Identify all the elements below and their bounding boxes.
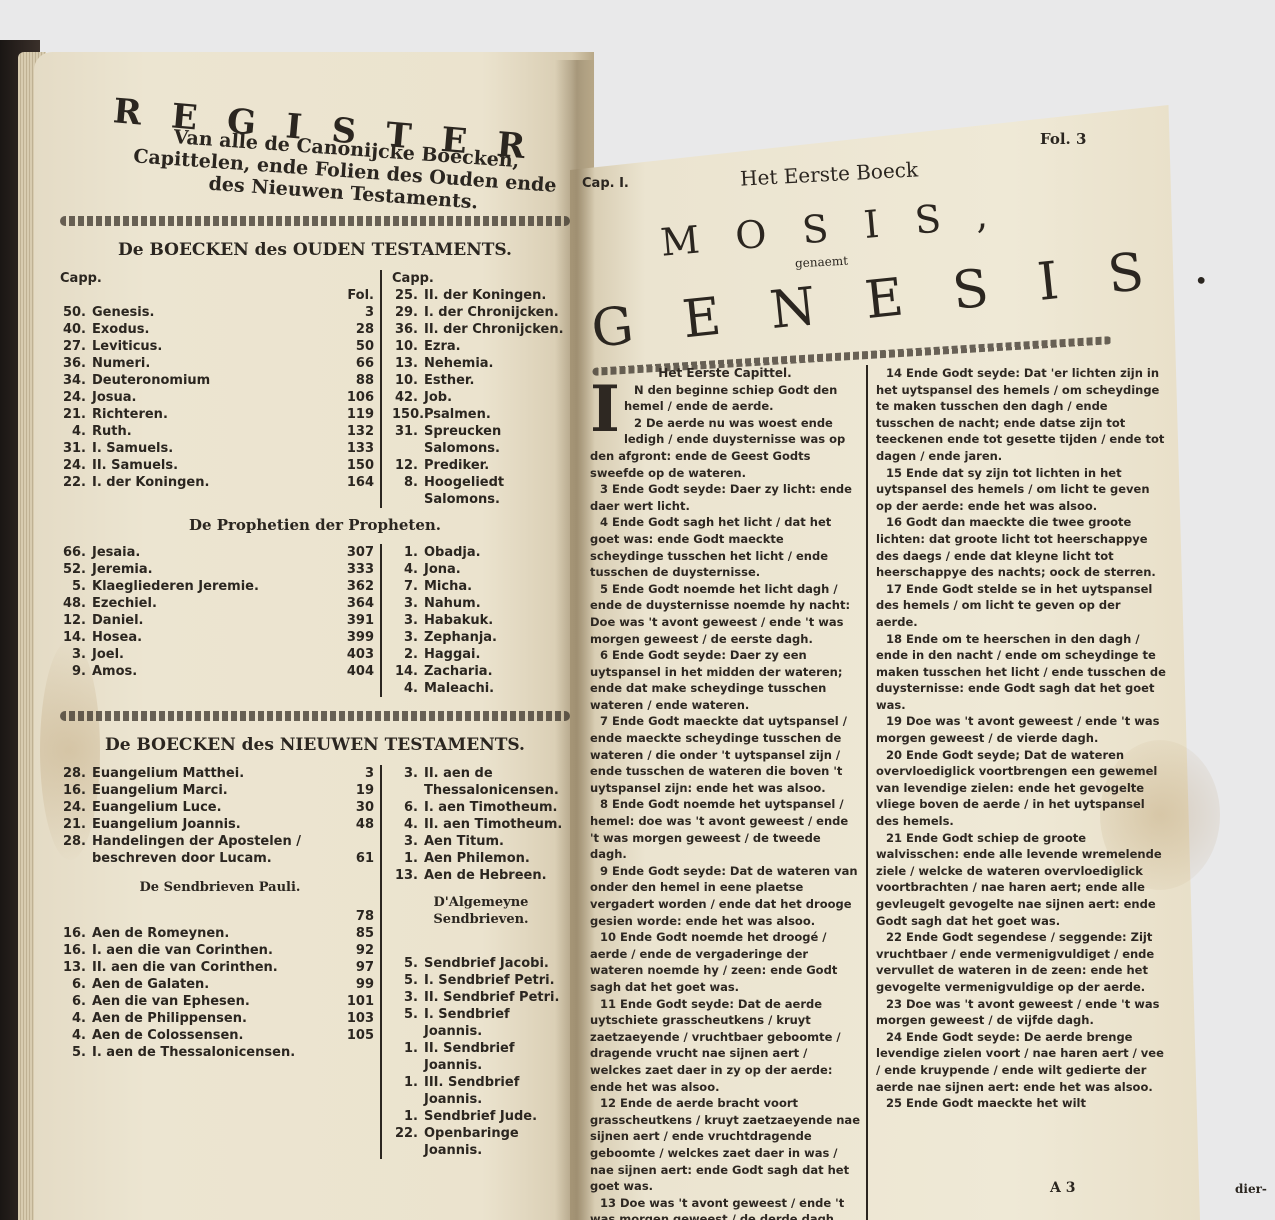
book-name: Aen Titum. bbox=[424, 833, 570, 850]
chapter-count: 12. bbox=[60, 612, 92, 629]
register-row: 25.II. der Koningen. bbox=[392, 287, 570, 304]
verse: 3 Ende Godt seyde: Daer zy licht: ende d… bbox=[590, 481, 860, 514]
verse: 22 Ende Godt segendese / seggende: Zijt … bbox=[876, 929, 1166, 995]
register-row: 40.Exodus.28 bbox=[60, 321, 380, 338]
chapter-count: 3. bbox=[392, 595, 424, 612]
book-name bbox=[92, 908, 340, 925]
general-epistles-heading: D'Algemeyne Sendbrieven. bbox=[392, 894, 570, 928]
ornamental-divider bbox=[60, 711, 570, 721]
book-name: Leviticus. bbox=[92, 338, 340, 355]
register-row: 78 bbox=[60, 908, 380, 925]
chapter-title: Het Eerste Capittel. bbox=[590, 365, 860, 382]
book-name: Maleachi. bbox=[424, 680, 570, 697]
chapter-count: 50. bbox=[60, 304, 92, 321]
register-row: 34.Deuteronomium88 bbox=[60, 372, 380, 389]
register-row: 13.Aen de Hebreen. bbox=[392, 867, 570, 884]
book-name: I. der Koningen. bbox=[92, 474, 340, 491]
register-row: 4.II. aen Timotheum. bbox=[392, 816, 570, 833]
book-name: Euangelium Joannis. bbox=[92, 816, 340, 833]
folio-number: 97 bbox=[340, 959, 380, 976]
chapter-count: 3. bbox=[392, 612, 424, 629]
folio-number: 88 bbox=[340, 372, 380, 389]
chapter-count: 13. bbox=[392, 867, 424, 884]
chapter-marker: Cap. I. bbox=[582, 176, 629, 191]
verse: N den beginne schiep Godt den hemel / en… bbox=[590, 382, 860, 415]
chapter-count: 24. bbox=[60, 389, 92, 406]
register-row: 1.Obadja. bbox=[392, 544, 570, 561]
folio-number: 3 bbox=[340, 304, 380, 321]
folio-number: 61 bbox=[340, 850, 380, 867]
register-row: 7.Micha. bbox=[392, 578, 570, 595]
register-row: 24.Josua.106 bbox=[60, 389, 380, 406]
register-row: 16.Aen de Romeynen.85 bbox=[60, 925, 380, 942]
chapter-count: 3. bbox=[392, 629, 424, 646]
register-row: 4.Aen de Colossensen.105 bbox=[60, 1027, 380, 1044]
register-row: 3.Aen Titum. bbox=[392, 833, 570, 850]
folio-number: 403 bbox=[340, 646, 380, 663]
drop-cap: I bbox=[590, 382, 620, 438]
book-name: II. Samuels. bbox=[92, 457, 340, 474]
chapter-count: 22. bbox=[392, 1125, 424, 1159]
chapter-count: 34. bbox=[60, 372, 92, 389]
book-name: Jeremia. bbox=[92, 561, 340, 578]
book-name: Aen de Colossensen. bbox=[92, 1027, 340, 1044]
verse: 6 Ende Godt seyde: Daer zy een uytspanse… bbox=[590, 647, 860, 713]
folio-number: 362 bbox=[340, 578, 380, 595]
book-name: Ezechiel. bbox=[92, 595, 340, 612]
prophets-right-column: 1.Obadja.4.Jona.7.Micha.3.Nahum.3.Habaku… bbox=[380, 544, 570, 697]
chapter-count: 28. bbox=[60, 765, 92, 782]
book-name: II. aen de Thessalonicensen. bbox=[424, 765, 570, 799]
folio-number: 3 bbox=[340, 765, 380, 782]
verse: 2 De aerde nu was woest ende ledigh / en… bbox=[590, 415, 860, 481]
register-row: 3.Habakuk. bbox=[392, 612, 570, 629]
book-name: Hosea. bbox=[92, 629, 340, 646]
chapter-count: 8. bbox=[392, 474, 424, 508]
folio-number: Fol. 3 bbox=[1040, 130, 1086, 148]
chapter-count: 5. bbox=[392, 1006, 424, 1040]
register-row: 12.Daniel.391 bbox=[60, 612, 380, 629]
book-name: Aen de Hebreen. bbox=[424, 867, 570, 884]
chapter-count: 40. bbox=[60, 321, 92, 338]
chapter-count: 1. bbox=[392, 850, 424, 867]
chapter-count: 2. bbox=[392, 646, 424, 663]
book-name: Deuteronomium bbox=[92, 372, 340, 389]
new-testament-table: 28.Euangelium Matthei.316.Euangelium Mar… bbox=[60, 765, 570, 1159]
book-name: Richteren. bbox=[92, 406, 340, 423]
folio-number: 101 bbox=[340, 993, 380, 1010]
chapter-count: 4. bbox=[392, 816, 424, 833]
book-name: Haggai. bbox=[424, 646, 570, 663]
book-name: Sendbrief Jude. bbox=[424, 1108, 570, 1125]
chapter-count: 10. bbox=[392, 372, 424, 389]
verse: 4 Ende Godt sagh het licht / dat het goe… bbox=[590, 514, 860, 580]
chapter-count: 48. bbox=[60, 595, 92, 612]
register-row: 1.Aen Philemon. bbox=[392, 850, 570, 867]
register-row: 3.Zephanja. bbox=[392, 629, 570, 646]
register-row: 42.Job. bbox=[392, 389, 570, 406]
register-row: 22.Openbaringe Joannis. bbox=[392, 1125, 570, 1159]
book-name: Nehemia. bbox=[424, 355, 570, 372]
chapter-count: 14. bbox=[392, 663, 424, 680]
chapter-count: 10. bbox=[392, 338, 424, 355]
register-row: 16.Euangelium Marci.19 bbox=[60, 782, 380, 799]
chapter-count: 1. bbox=[392, 544, 424, 561]
chapter-count: 24. bbox=[60, 799, 92, 816]
register-row: 31.Spreucken Salomons. bbox=[392, 423, 570, 457]
book-name: Sendbrief Jacobi. bbox=[424, 955, 570, 972]
register-row: 48.Ezechiel.364 bbox=[60, 595, 380, 612]
chapter-count: 31. bbox=[60, 440, 92, 457]
book-name: Handelingen der Apostelen / bbox=[92, 833, 340, 850]
old-testament-right-column: Capp. 25.II. der Koningen.29.I. der Chro… bbox=[380, 270, 570, 508]
chapter-count: 7. bbox=[392, 578, 424, 595]
folio-number bbox=[340, 833, 380, 850]
folio-number: 119 bbox=[340, 406, 380, 423]
verse: 10 Ende Godt noemde het droogé / aerde /… bbox=[590, 929, 860, 995]
ornamental-divider bbox=[60, 216, 570, 226]
register-row: 66.Jesaia.307 bbox=[60, 544, 380, 561]
book-name: Hoogeliedt Salomons. bbox=[424, 474, 570, 508]
chapter-count: 4. bbox=[60, 1027, 92, 1044]
book-name: Openbaringe Joannis. bbox=[424, 1125, 570, 1159]
chapter-count: 3. bbox=[60, 646, 92, 663]
register-row: 12.Prediker. bbox=[392, 457, 570, 474]
register-row: 4.Ruth.132 bbox=[60, 423, 380, 440]
new-testament-left-column: 28.Euangelium Matthei.316.Euangelium Mar… bbox=[60, 765, 380, 1159]
register-row: 5.Sendbrief Jacobi. bbox=[392, 955, 570, 972]
folio-number: 399 bbox=[340, 629, 380, 646]
verse: 18 Ende om te heerschen in den dagh / en… bbox=[876, 631, 1166, 714]
register-row: 5.I. aen de Thessalonicensen. bbox=[60, 1044, 380, 1061]
spacer bbox=[392, 938, 570, 955]
chapter-count: 1. bbox=[392, 1040, 424, 1074]
book-name: Spreucken Salomons. bbox=[424, 423, 570, 457]
signature-mark: A 3 bbox=[1050, 1180, 1075, 1196]
chapter-count: 25. bbox=[392, 287, 424, 304]
register-page: REGISTER Van alle de Canonijcke Boecken,… bbox=[60, 90, 570, 1159]
chapter-count: 150. bbox=[392, 406, 424, 423]
genaemt-label: genaemt bbox=[795, 254, 849, 271]
chapter-count: 14. bbox=[60, 629, 92, 646]
chapter-count: 4. bbox=[392, 561, 424, 578]
folio-number: 105 bbox=[340, 1027, 380, 1044]
book-name: Jona. bbox=[424, 561, 570, 578]
book-name: I. aen de Thessalonicensen. bbox=[92, 1044, 340, 1061]
chapter-count: 4. bbox=[60, 423, 92, 440]
register-row: 16.I. aen die van Corinthen.92 bbox=[60, 942, 380, 959]
folio-number: 164 bbox=[340, 474, 380, 491]
register-row: 5.I. Sendbrief Petri. bbox=[392, 972, 570, 989]
folio-number: 30 bbox=[340, 799, 380, 816]
verse: 21 Ende Godt schiep de groote walvissche… bbox=[876, 830, 1166, 930]
old-testament-table: Capp. Fol.50.Genesis.340.Exodus.2827.Lev… bbox=[60, 270, 570, 508]
book-name: Aen Philemon. bbox=[424, 850, 570, 867]
register-row: 29.I. der Chronijcken. bbox=[392, 304, 570, 321]
prophets-left-column: 66.Jesaia.30752.Jeremia.3335.Klaeglieder… bbox=[60, 544, 380, 697]
book-name: Aen die van Ephesen. bbox=[92, 993, 340, 1010]
book-name: Nahum. bbox=[424, 595, 570, 612]
verse: 14 Ende Godt seyde: Dat 'er lichten zijn… bbox=[876, 365, 1166, 465]
folio-number: 404 bbox=[340, 663, 380, 680]
book-name: Zephanja. bbox=[424, 629, 570, 646]
folio-number: 85 bbox=[340, 925, 380, 942]
book-name: Numeri. bbox=[92, 355, 340, 372]
prophets-heading: De Prophetien der Propheten. bbox=[60, 516, 570, 534]
register-row: 10.Esther. bbox=[392, 372, 570, 389]
register-row: 24.II. Samuels.150 bbox=[60, 457, 380, 474]
folio-number: 92 bbox=[340, 942, 380, 959]
book-name: Micha. bbox=[424, 578, 570, 595]
folio-number: 66 bbox=[340, 355, 380, 372]
chapter-count: 29. bbox=[392, 304, 424, 321]
register-row: 3.Joel.403 bbox=[60, 646, 380, 663]
chapter-count: 22. bbox=[60, 474, 92, 491]
book-name: Euangelium Luce. bbox=[92, 799, 340, 816]
chapter-count: 5. bbox=[60, 1044, 92, 1061]
register-row: 6.I. aen Timotheum. bbox=[392, 799, 570, 816]
register-row: 1.III. Sendbrief Joannis. bbox=[392, 1074, 570, 1108]
register-row: 3.II. Sendbrief Petri. bbox=[392, 989, 570, 1006]
folio-number: 133 bbox=[340, 440, 380, 457]
register-row: 6.Aen die van Ephesen.101 bbox=[60, 993, 380, 1010]
chapter-count: 6. bbox=[392, 799, 424, 816]
book-name: Exodus. bbox=[92, 321, 340, 338]
chapter-count: 3. bbox=[392, 989, 424, 1006]
register-row: 22.I. der Koningen.164 bbox=[60, 474, 380, 491]
chapter-count: 13. bbox=[392, 355, 424, 372]
chapter-count: 4. bbox=[392, 680, 424, 697]
register-row: 4.Jona. bbox=[392, 561, 570, 578]
book-name: Aen de Philippensen. bbox=[92, 1010, 340, 1027]
folio-number: 391 bbox=[340, 612, 380, 629]
register-row: 4.Maleachi. bbox=[392, 680, 570, 697]
chapter-count: 9. bbox=[60, 663, 92, 680]
book-name: III. Sendbrief Joannis. bbox=[424, 1074, 570, 1108]
book-name: II. aen die van Corinthen. bbox=[92, 959, 340, 976]
chapter-count: 1. bbox=[392, 1074, 424, 1108]
book-name: II. Sendbrief Petri. bbox=[424, 989, 570, 1006]
folio-number: 28 bbox=[340, 321, 380, 338]
register-row: 52.Jeremia.333 bbox=[60, 561, 380, 578]
folio-number: 150 bbox=[340, 457, 380, 474]
register-row: 1.II. Sendbrief Joannis. bbox=[392, 1040, 570, 1074]
register-row: beschreven door Lucam.61 bbox=[60, 850, 380, 867]
register-row: 14.Hosea.399 bbox=[60, 629, 380, 646]
chapter-count: 16. bbox=[60, 925, 92, 942]
chapter-count: 21. bbox=[60, 816, 92, 833]
verse: 11 Ende Godt seyde: Dat de aerde uytschi… bbox=[590, 996, 860, 1096]
book-name: Obadja. bbox=[424, 544, 570, 561]
folio-number: 19 bbox=[340, 782, 380, 799]
register-row: 27.Leviticus.50 bbox=[60, 338, 380, 355]
chapter-count: 21. bbox=[60, 406, 92, 423]
chapter-count bbox=[60, 908, 92, 925]
verse: 5 Ende Godt noemde het licht dagh / ende… bbox=[590, 581, 860, 647]
chapter-count bbox=[60, 850, 92, 867]
register-row: 21.Euangelium Joannis.48 bbox=[60, 816, 380, 833]
register-row: 2.Haggai. bbox=[392, 646, 570, 663]
register-row: 31.I. Samuels.133 bbox=[60, 440, 380, 457]
book-name: II. der Koningen. bbox=[424, 287, 570, 304]
folio-number: 48 bbox=[340, 816, 380, 833]
book-name: II. Sendbrief Joannis. bbox=[424, 1040, 570, 1074]
chapter-count: 36. bbox=[60, 355, 92, 372]
book-name: Klaegliederen Jeremie. bbox=[92, 578, 340, 595]
register-row: 50.Genesis.3 bbox=[60, 304, 380, 321]
verse: 9 Ende Godt seyde: Dat de wateren van on… bbox=[590, 863, 860, 929]
chapter-count: 5. bbox=[392, 955, 424, 972]
register-row: 13.Nehemia. bbox=[392, 355, 570, 372]
register-row: 5.Klaegliederen Jeremie.362 bbox=[60, 578, 380, 595]
register-row: 3.Nahum. bbox=[392, 595, 570, 612]
register-row: 10.Ezra. bbox=[392, 338, 570, 355]
chapter-count: 1. bbox=[392, 1108, 424, 1125]
book-name: Joel. bbox=[92, 646, 340, 663]
verse: 23 Doe was 't avont geweest / ende 't wa… bbox=[876, 996, 1166, 1029]
chapter-count: 3. bbox=[392, 833, 424, 850]
chapter-count: 31. bbox=[392, 423, 424, 457]
verse: 15 Ende dat sy zijn tot lichten in het u… bbox=[876, 465, 1166, 515]
verse: 7 Ende Godt maeckte dat uytspansel / end… bbox=[590, 713, 860, 796]
prophets-table: 66.Jesaia.30752.Jeremia.3335.Klaeglieder… bbox=[60, 544, 570, 697]
register-row: 28.Euangelium Matthei.3 bbox=[60, 765, 380, 782]
chapter-count: 12. bbox=[392, 457, 424, 474]
register-row: 6.Aen de Galaten.99 bbox=[60, 976, 380, 993]
book-name: I. Sendbrief Joannis. bbox=[424, 1006, 570, 1040]
verse: 25 Ende Godt maeckte het wilt bbox=[876, 1095, 1166, 1112]
register-row: 4.Aen de Philippensen.103 bbox=[60, 1010, 380, 1027]
register-row: 3.II. aen de Thessalonicensen. bbox=[392, 765, 570, 799]
book-name: I. aen die van Corinthen. bbox=[92, 942, 340, 959]
book-name: Ezra. bbox=[424, 338, 570, 355]
bible-text-columns: Het Eerste Capittel. I N den beginne sch… bbox=[590, 365, 1170, 1220]
verse: 19 Doe was 't avont geweest / ende 't wa… bbox=[876, 713, 1166, 746]
book-name: beschreven door Lucam. bbox=[92, 850, 340, 867]
book-name: II. aen Timotheum. bbox=[424, 816, 570, 833]
register-row: 8.Hoogeliedt Salomons. bbox=[392, 474, 570, 508]
book-name: I. Samuels. bbox=[92, 440, 340, 457]
capp-label: Capp. bbox=[60, 270, 380, 287]
chapter-count: 5. bbox=[392, 972, 424, 989]
folio-number: 307 bbox=[340, 544, 380, 561]
register-row: 13.II. aen die van Corinthen.97 bbox=[60, 959, 380, 976]
old-testament-left-column: Capp. Fol.50.Genesis.340.Exodus.2827.Lev… bbox=[60, 270, 380, 508]
register-row: 150.Psalmen. bbox=[392, 406, 570, 423]
chapter-count: 3. bbox=[392, 765, 424, 799]
register-row: 9.Amos.404 bbox=[60, 663, 380, 680]
book-name: Amos. bbox=[92, 663, 340, 680]
chapter-count: 28. bbox=[60, 833, 92, 850]
book-name: Job. bbox=[424, 389, 570, 406]
chapter-count: 16. bbox=[60, 942, 92, 959]
verse: 24 Ende Godt seyde: De aerde brenge leve… bbox=[876, 1029, 1166, 1095]
folio-number: 106 bbox=[340, 389, 380, 406]
chapter-count: 6. bbox=[60, 976, 92, 993]
folio-number: 50 bbox=[340, 338, 380, 355]
register-row: 36.II. der Chronijcken. bbox=[392, 321, 570, 338]
verse: 16 Godt dan maeckte die twee groote lich… bbox=[876, 514, 1166, 580]
verse: 8 Ende Godt noemde het uytspansel / heme… bbox=[590, 796, 860, 862]
bible-text-right-column: 14 Ende Godt seyde: Dat 'er lichten zijn… bbox=[866, 365, 1166, 1220]
folio-number: 333 bbox=[340, 561, 380, 578]
book-name: Habakuk. bbox=[424, 612, 570, 629]
book-name: Zacharia. bbox=[424, 663, 570, 680]
book-name: Psalmen. bbox=[424, 406, 570, 423]
folio-number: 132 bbox=[340, 423, 380, 440]
new-testament-right-column: 3.II. aen de Thessalonicensen.6.I. aen T… bbox=[380, 765, 570, 1159]
book-name: I. der Chronijcken. bbox=[424, 304, 570, 321]
chapter-count: 27. bbox=[60, 338, 92, 355]
chapter-count: 16. bbox=[60, 782, 92, 799]
verse: 20 Ende Godt seyde; Dat de wateren overv… bbox=[876, 747, 1166, 830]
chapter-count: 4. bbox=[60, 1010, 92, 1027]
register-row: 21.Richteren.119 bbox=[60, 406, 380, 423]
book-name: I. aen Timotheum. bbox=[424, 799, 570, 816]
bible-text-left-column: Het Eerste Capittel. I N den beginne sch… bbox=[590, 365, 860, 1220]
chapter-count: 36. bbox=[392, 321, 424, 338]
book-name: Josua. bbox=[92, 389, 340, 406]
fol-label: Fol. bbox=[60, 287, 380, 304]
book-name: II. der Chronijcken. bbox=[424, 321, 570, 338]
book-name: Daniel. bbox=[92, 612, 340, 629]
book-name: Euangelium Matthei. bbox=[92, 765, 340, 782]
catchword: dier- bbox=[1235, 1182, 1267, 1196]
chapter-count: 6. bbox=[60, 993, 92, 1010]
book-name: Genesis. bbox=[92, 304, 340, 321]
register-row: 14.Zacharia. bbox=[392, 663, 570, 680]
register-row: 24.Euangelium Luce.30 bbox=[60, 799, 380, 816]
folio-number: 99 bbox=[340, 976, 380, 993]
book-name: Prediker. bbox=[424, 457, 570, 474]
book-name: Aen de Romeynen. bbox=[92, 925, 340, 942]
book-name: Esther. bbox=[424, 372, 570, 389]
chapter-count: 5. bbox=[60, 578, 92, 595]
book-name: Aen de Galaten. bbox=[92, 976, 340, 993]
book-name: Euangelium Marci. bbox=[92, 782, 340, 799]
verse: 12 Ende de aerde bracht voort grasscheut… bbox=[590, 1095, 860, 1195]
register-row: 36.Numeri.66 bbox=[60, 355, 380, 372]
folio-number: 364 bbox=[340, 595, 380, 612]
pauline-heading: De Sendbrieven Pauli. bbox=[60, 879, 380, 896]
chapter-count: 13. bbox=[60, 959, 92, 976]
book-name: Jesaia. bbox=[92, 544, 340, 561]
chapter-count: 24. bbox=[60, 457, 92, 474]
chapter-count: 52. bbox=[60, 561, 92, 578]
folio-number: 78 bbox=[340, 908, 380, 925]
old-testament-heading: De BOECKEN des OUDEN TESTAMENTS. bbox=[60, 240, 570, 260]
folio-number: 103 bbox=[340, 1010, 380, 1027]
capp-label: Capp. bbox=[392, 270, 570, 287]
chapter-count: 42. bbox=[392, 389, 424, 406]
folio-number bbox=[340, 1044, 380, 1061]
book-name: Ruth. bbox=[92, 423, 340, 440]
chapter-count: 66. bbox=[60, 544, 92, 561]
register-row: 1.Sendbrief Jude. bbox=[392, 1108, 570, 1125]
book-name: I. Sendbrief Petri. bbox=[424, 972, 570, 989]
new-testament-heading: De BOECKEN des NIEUWEN TESTAMENTS. bbox=[60, 735, 570, 755]
verse: 13 Doe was 't avont geweest / ende 't wa… bbox=[590, 1195, 860, 1220]
verse: 17 Ende Godt stelde se in het uytspansel… bbox=[876, 581, 1166, 631]
register-row: 5.I. Sendbrief Joannis. bbox=[392, 1006, 570, 1040]
register-row: 28.Handelingen der Apostelen / bbox=[60, 833, 380, 850]
